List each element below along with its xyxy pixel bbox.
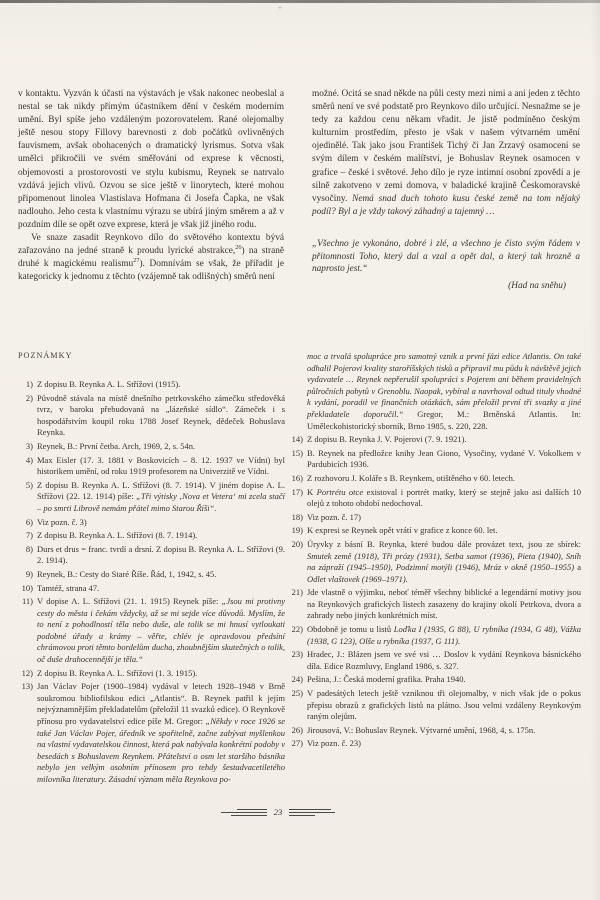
text-segment: K expresi se Reynek opět vrátí v grafice… [307, 525, 497, 535]
footnote-number: 20) [288, 539, 303, 551]
text-segment: Z dopisu B. Reynka A. L. Střížovi (1915)… [37, 379, 180, 389]
footnote-item: 3)Reynek, B.: První četba. Arch, 1969, 2… [18, 441, 285, 453]
footnote-item: 7)Z dopisu B. Reynka A. L. Střížovi (8. … [18, 530, 285, 542]
footnote-number: 12) [18, 668, 33, 680]
text-segment: Reynek, B.: První četba. Arch, 1969, 2, … [37, 441, 195, 451]
text-segment: a [574, 562, 581, 572]
footnote-number: 5) [18, 480, 33, 492]
text-segment: Jde vlastně o výjimku, neboť téměř všech… [307, 587, 581, 620]
footnote-number: 19) [288, 525, 303, 537]
paragraph: „Všechno je vykonáno, dobré i zlé, a vše… [312, 238, 580, 276]
footnote-item: 2)Původně stávala na místě dnešního petr… [18, 393, 285, 439]
text-segment: v kontaktu. Vyzván k účasti na výstavách… [18, 89, 284, 230]
footnotes-header: POZNÁMKY [18, 351, 72, 360]
footnote-number: 6) [18, 517, 33, 529]
footnote-item: 26)Jirousová, V.: Bohuslav Reynek. Výtva… [288, 725, 581, 737]
footnote-item: 17)K Portrétu otce existoval i portrét m… [288, 487, 581, 510]
footnote-item: 27)Viz pozn. č. 23) [288, 738, 581, 750]
text-segment: Obdobně je tomu u listů [307, 624, 394, 634]
text-segment: Smutek země (1918), Tři prózy (1931), Se… [307, 551, 581, 573]
quote-attribution: (Had na sněhu) [312, 280, 580, 293]
footnote-item: 8)Durs et drus = franc. tvrdí a drsní. Z… [18, 544, 285, 567]
footnote-number: 22) [288, 624, 303, 636]
footnote-number: 24) [288, 674, 303, 686]
text-segment: Odlet vlaštovek (1969–1971). [307, 574, 408, 584]
footnote-item: 22)Obdobně je tomu u listů Loďka I (1935… [288, 624, 581, 647]
text-segment: Z rozhovoru J. Koláře s B. Reynkem, otiš… [307, 473, 515, 483]
footnote-number: 13) [18, 681, 33, 693]
footnote-number: 26) [288, 725, 303, 737]
text-segment: „Jsou mi protivny cesty do města i čekám… [37, 596, 285, 664]
footnotes-left-column: 1)Z dopisu B. Reynka A. L. Střížovi (191… [18, 379, 285, 788]
text-segment: Nemá snad duch tohoto kusu české země na… [312, 194, 580, 217]
footnote-number: 21) [288, 587, 303, 599]
text-segment: možné. Ocitá se snad někde na půli cesty… [312, 89, 580, 204]
footnote-number: 15) [288, 448, 303, 460]
footnote-number: 9) [18, 569, 33, 581]
footnote-item: 13)Jan Václav Pojer (1900–1984) vydával … [18, 681, 285, 785]
text-segment: Tamtéž, strana 47. [37, 583, 99, 593]
text-segment: K [307, 487, 317, 497]
main-text-right-column: možné. Ocitá se snad někde na půli cesty… [312, 88, 580, 219]
footnote-number: 23) [288, 649, 303, 661]
footnote-item: 12)Z dopisu B. Reynka A. L. Střížovi (1.… [18, 668, 285, 680]
text-segment: V dopise A. L. Střížovi (21. 1. 1915) Re… [37, 596, 222, 606]
text-segment: Viz pozn. č. 3) [37, 517, 87, 527]
footnote-item: 25)V padesátých letech ještě vzniknou tř… [288, 688, 581, 723]
footnote-item: 20)Úryvky z básní B. Reynka, které budou… [288, 539, 581, 585]
footnote-number: 10) [18, 583, 33, 595]
footnote-item: 18)Viz pozn. č. 17) [288, 512, 581, 524]
text-segment: Z dopisu B. Reynka A. L. Střížovi (1. 3.… [37, 668, 197, 678]
text-segment: Hradec, J.: Blázen jsem ve své vsi … Dos… [307, 649, 581, 671]
footnote-continuation: moc a trvalá spolupráce pro samotný vzni… [288, 351, 581, 432]
footnote-item: 6)Viz pozn. č. 3) [18, 517, 285, 529]
text-segment: Reynek, B.: Cesty do Staré Říše. Řád, 1,… [37, 569, 216, 579]
registration-mark: + [278, 4, 282, 12]
text-segment: Z dopisu B. Reynka A. L. Střížovi (8. 7.… [37, 530, 197, 540]
page-number: 23 [272, 807, 285, 817]
text-segment: Portrétu otce [317, 487, 363, 497]
text-segment: „Všechno je vykonáno, dobré i zlé, a vše… [312, 239, 580, 274]
footnote-number: 18) [288, 512, 303, 524]
footnote-item: 21)Jde vlastně o výjimku, neboť téměř vš… [288, 587, 581, 622]
page-number-ornament-right [289, 809, 335, 816]
text-segment: V padesátých letech ještě vzniknou tři o… [307, 688, 581, 721]
footnote-item: 15)B. Reynek na předložce knihy Jean Gio… [288, 448, 581, 471]
footnote-number: 7) [18, 530, 33, 542]
footnote-item: 23)Hradec, J.: Blázen jsem ve své vsi … … [288, 649, 581, 672]
footnote-number: 25) [288, 688, 303, 700]
footnote-number: 8) [18, 544, 33, 556]
footnote-item: 24)Pešina, J.: Česká moderní grafika. Pr… [288, 674, 581, 686]
main-text-left-column: v kontaktu. Vyzván k účasti na výstavách… [18, 88, 284, 284]
text-segment: Původně stávala na místě dnešního petrko… [37, 393, 285, 438]
footnote-number: 4) [18, 455, 33, 467]
block-quote: „Všechno je vykonáno, dobré i zlé, a vše… [312, 238, 580, 292]
footnote-number: 16) [288, 473, 303, 485]
text-segment: Jirousová, V.: Bohuslav Reynek. Výtvarné… [307, 725, 535, 735]
text-segment: Pešina, J.: Česká moderní grafika. Praha… [307, 674, 466, 684]
footnote-item: 9)Reynek, B.: Cesty do Staré Říše. Řád, … [18, 569, 285, 581]
page-footer: 23 [224, 807, 332, 817]
footnote-number: 27) [288, 738, 303, 750]
text-segment: Úryvky z básní B. Reynka, které budou dá… [307, 539, 581, 549]
footnote-number: 11) [18, 596, 33, 608]
text-segment: B. Reynek na předložce knihy Jean Giono,… [307, 448, 581, 470]
footnote-number: 17) [288, 487, 303, 499]
footnote-number: 3) [18, 441, 33, 453]
text-segment: „Někdy v roce 1926 se také Jan Václav Po… [37, 716, 285, 784]
footnote-number: 1) [18, 379, 33, 391]
text-segment: Viz pozn. č. 23) [307, 738, 361, 748]
text-segment: Z dopisu B. Reynka J. V. Pojerovi (7. 9.… [307, 434, 467, 444]
footnote-number: 2) [18, 393, 33, 405]
footnote-item: 19)K expresi se Reynek opět vrátí v graf… [288, 525, 581, 537]
text-segment: Durs et drus = franc. tvrdí a drsní. Z d… [37, 544, 285, 566]
footnote-item: 16)Z rozhovoru J. Koláře s B. Reynkem, o… [288, 473, 581, 485]
paragraph: Ve snaze zasadit Reynkovo dílo do světov… [18, 232, 284, 284]
footnote-number: 14) [288, 434, 303, 446]
text-segment: Viz pozn. č. 17) [307, 512, 361, 522]
footnote-item: 14)Z dopisu B. Reynka J. V. Pojerovi (7.… [288, 434, 581, 446]
paragraph: možné. Ocitá se snad někde na půli cesty… [312, 88, 580, 219]
footnote-item: 5)Z dopisu B. Reynka A. L. Střížovi (8. … [18, 480, 285, 515]
footnote-item: 4)Max Eisler (17. 3. 1881 v Boskovicích … [18, 455, 285, 478]
text-segment: Max Eisler (17. 3. 1881 v Boskovicích – … [37, 455, 285, 477]
footnotes-right-column: moc a trvalá spolupráce pro samotný vzni… [288, 351, 581, 752]
scanned-book-page: { "colors": { "paper": "#f4f0e9", "ink":… [0, 0, 600, 900]
footnote-item: 10)Tamtéž, strana 47. [18, 583, 285, 595]
quote-text: „Všechno je vykonáno, dobré i zlé, a vše… [312, 238, 580, 276]
paragraph: v kontaktu. Vyzván k účasti na výstavách… [18, 88, 284, 232]
footnote-item: 11)V dopise A. L. Střížovi (21. 1. 1915)… [18, 596, 285, 666]
scan-top-edge [0, 0, 600, 3]
footnote-item: 1)Z dopisu B. Reynka A. L. Střížovi (191… [18, 379, 285, 391]
page-number-ornament-left [221, 809, 267, 816]
